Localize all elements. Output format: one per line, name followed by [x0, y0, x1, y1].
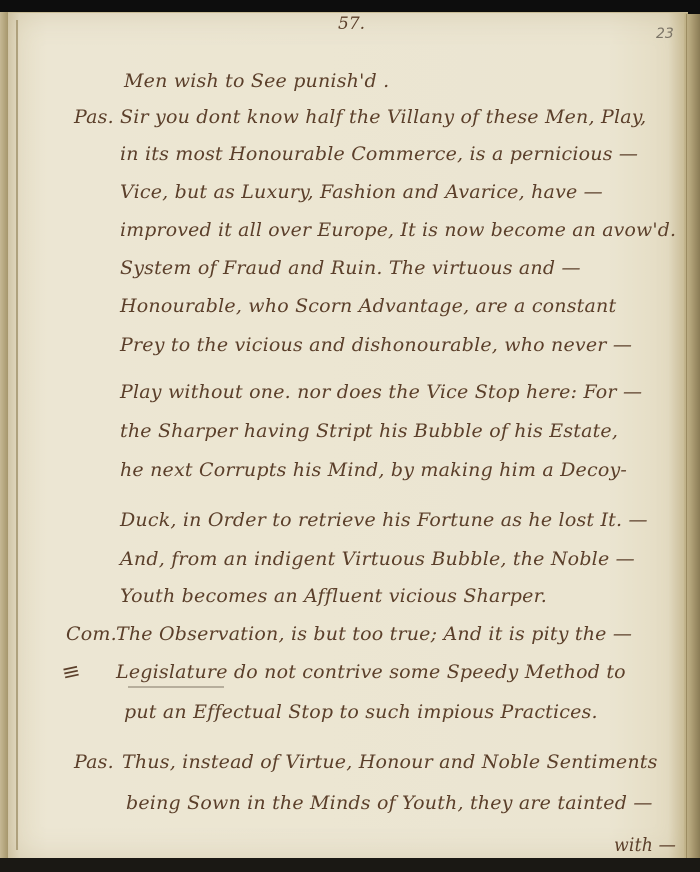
- page-fold: [16, 20, 18, 850]
- text-line: being Sown in the Minds of Youth, they a…: [126, 792, 653, 814]
- text-line: the Sharper having Stript his Bubble of …: [120, 420, 618, 442]
- text-line: Duck, in Order to retrieve his Fortune a…: [120, 509, 648, 531]
- pencil-underline: [128, 686, 224, 688]
- text-line: System of Fraud and Ruin. The virtuous a…: [120, 257, 581, 279]
- text-line: he next Corrupts his Mind, by making him…: [120, 459, 627, 481]
- text-line: Play without one. nor does the Vice Stop…: [120, 381, 642, 403]
- catchword: with —: [614, 834, 676, 856]
- speaker-label: Com.: [66, 623, 117, 645]
- text-line: Prey to the vicious and dishonourable, w…: [120, 334, 632, 356]
- speaker-label: Pas.: [74, 751, 114, 773]
- scan-bottom-border: [0, 858, 700, 872]
- text-line: Men wish to See punish'd .: [124, 70, 389, 92]
- text-line: Youth becomes an Affluent vicious Sharpe…: [120, 585, 547, 607]
- page-number: 57.: [338, 14, 365, 34]
- text-line: Vice, but as Luxury, Fashion and Avarice…: [120, 181, 603, 203]
- speaker-label: Pas.: [74, 106, 114, 128]
- text-line: Sir you dont know half the Villany of th…: [120, 106, 646, 128]
- folio-number: 23: [656, 26, 674, 42]
- text-line: The Observation, is but too true; And it…: [116, 623, 632, 645]
- text-line: And, from an indigent Virtuous Bubble, t…: [120, 548, 635, 570]
- text-line: Legislature do not contrive some Speedy …: [116, 661, 626, 683]
- text-line: Honourable, who Scorn Advantage, are a c…: [120, 295, 616, 317]
- text-line: Thus, instead of Virtue, Honour and Nobl…: [122, 751, 658, 773]
- text-line: improved it all over Europe, It is now b…: [120, 219, 676, 241]
- text-line: put an Effectual Stop to such impious Pr…: [124, 701, 598, 723]
- text-line: in its most Honourable Commerce, is a pe…: [120, 143, 638, 165]
- page-edge-line: [686, 14, 687, 859]
